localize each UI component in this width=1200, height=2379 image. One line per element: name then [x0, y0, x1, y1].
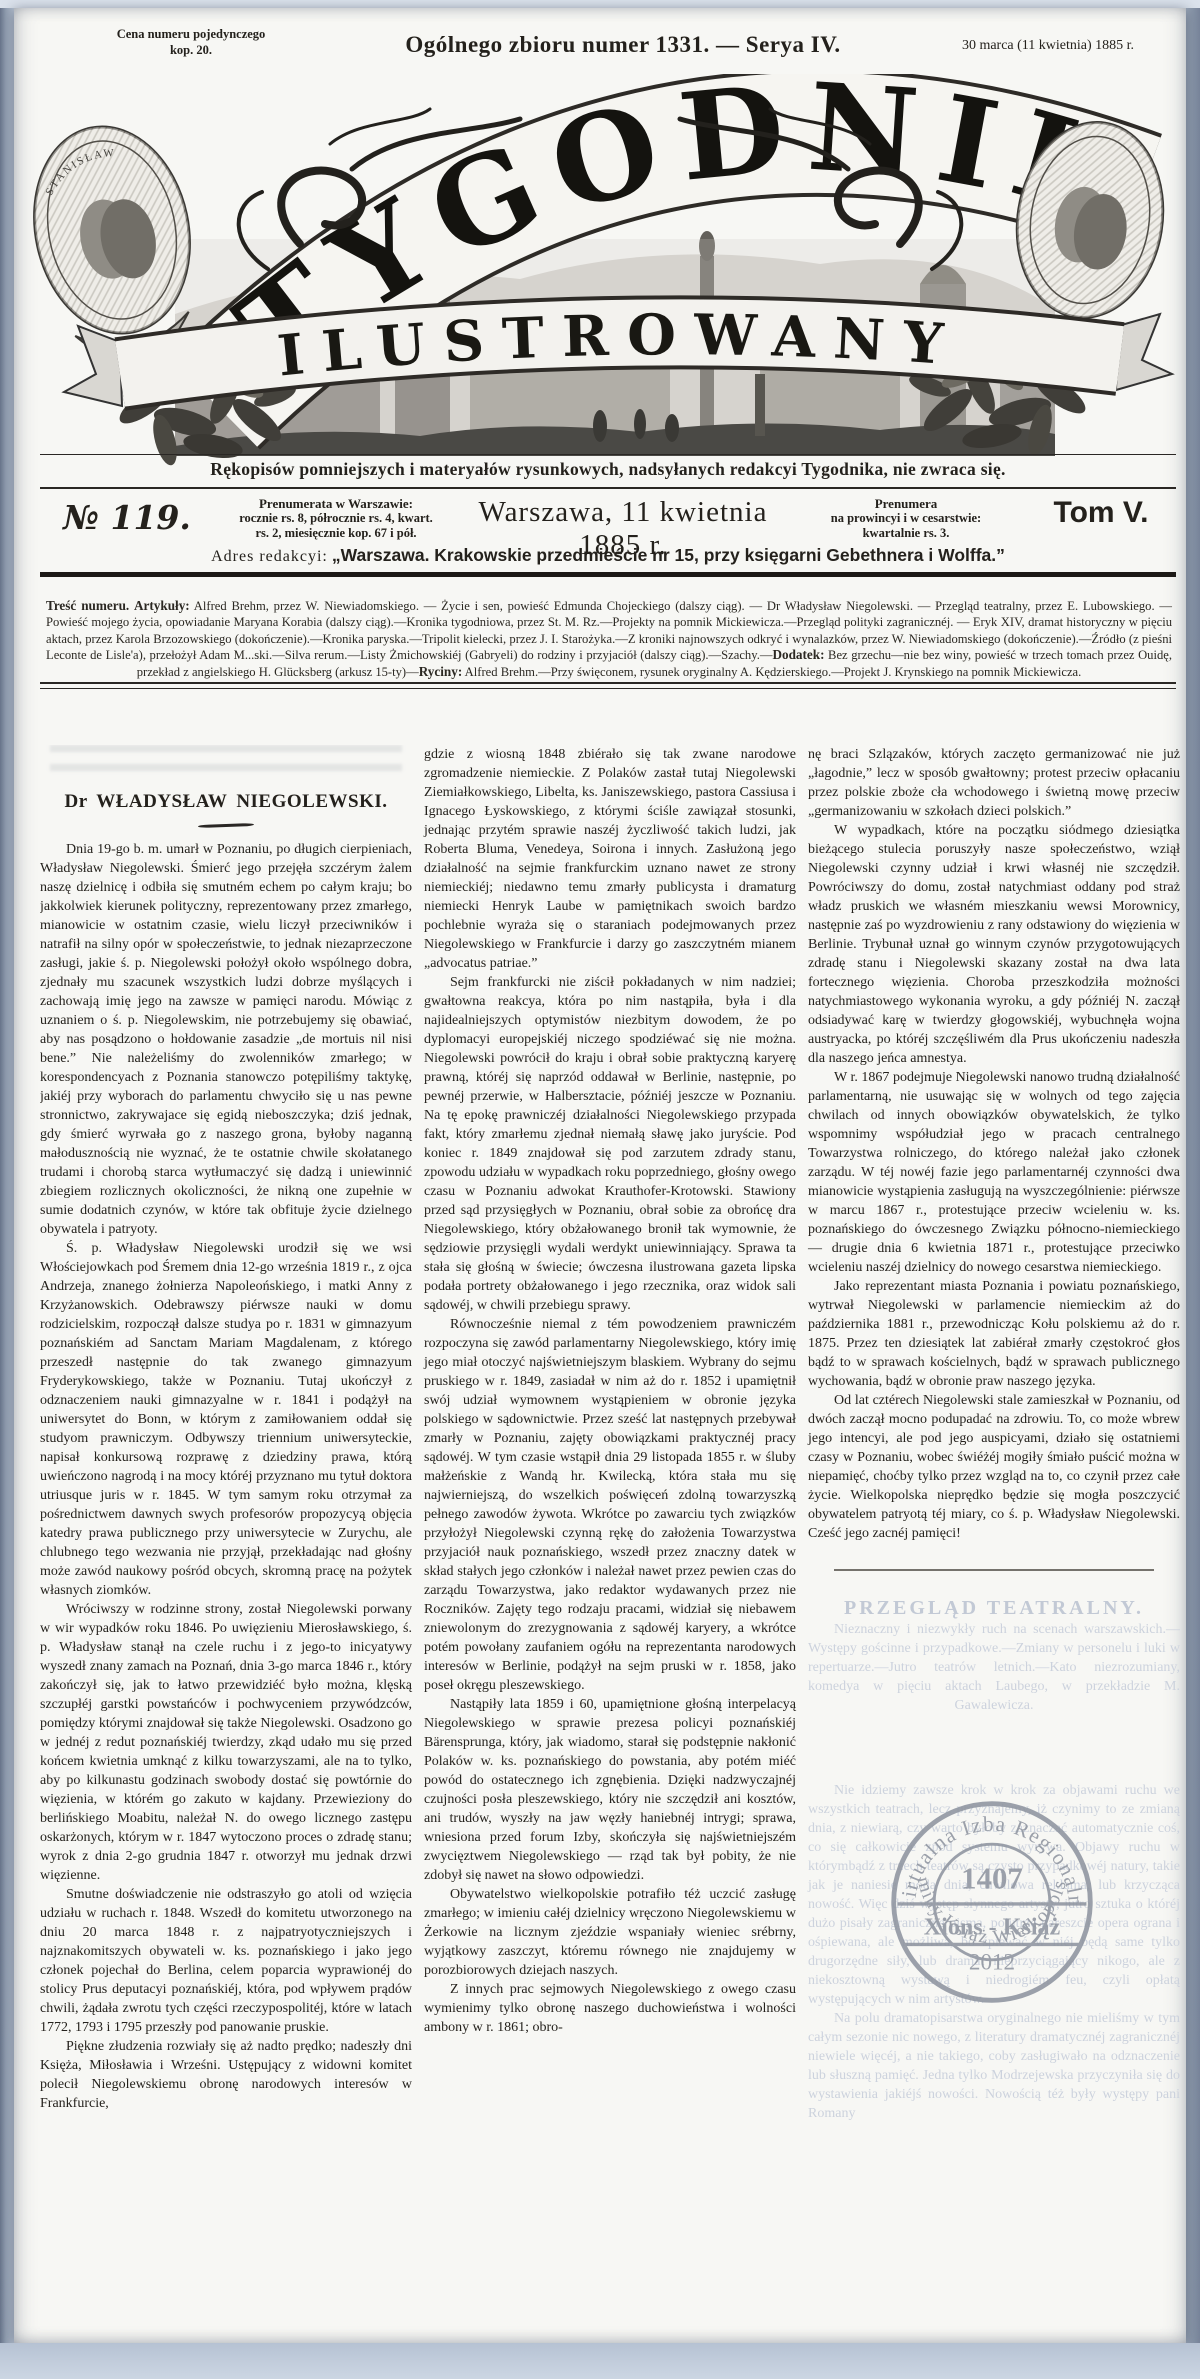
- paragraph: Z innych prac sejmowych Niegolewskiego z…: [424, 1980, 796, 2037]
- subscription-warsaw-line2: rs. 2, miesięcznie kop. 67 i pół.: [212, 526, 460, 541]
- library-stamp: Wirtualna Izba Regionalna Gminy Książ Wi…: [886, 1796, 1098, 2008]
- subscription-province-block: Prenumera na prowincyi i w cesarstwie: k…: [786, 492, 1026, 541]
- horizontal-rule: [40, 487, 1176, 489]
- issue-number-line: Ogólnego zbioru numer 1331. — Serya IV.: [324, 26, 922, 58]
- column-1: Dr WŁADYSŁAW NIEGOLEWSKI. Dnia 19-go b. …: [40, 745, 412, 2345]
- column-3: nę braci Szlązaków, których zaczęto germ…: [808, 745, 1180, 2345]
- masthead-engraving: TYGODNIK STANISŁAW: [0, 74, 1200, 466]
- manuscript-notice: Rękopisów pomniejszych i materyałów rysu…: [40, 459, 1176, 480]
- scanned-newspaper-page: Cena numeru pojedynczego kop. 20. Ogólne…: [0, 0, 1200, 2379]
- paragraph: Piękne złudzenia rozwiały się aż nadto p…: [40, 2037, 412, 2113]
- paragraph: W r. 1867 podejmuje Niegolewski nanowo t…: [808, 1068, 1180, 1277]
- paragraph: Nastąpiły lata 1859 i 60, upamiętnione g…: [424, 1695, 796, 1885]
- toc-engravings-label: Ryciny:: [419, 664, 463, 679]
- subscription-warsaw-line1: rocznie rs. 8, półrocznie rs. 4, kwart.: [212, 511, 460, 526]
- banner-tail-left: [64, 326, 122, 406]
- bleed-through-artifact: [50, 745, 402, 783]
- paragraph: nę braci Szlązaków, których zaczęto germ…: [808, 745, 1180, 821]
- article-title: Dr WŁADYSŁAW NIEGOLEWSKI.: [40, 791, 412, 813]
- paragraph: gdzie z wiosną 1848 zbiérało się tak zwa…: [424, 745, 796, 973]
- toc-engravings-text: Alfred Brehm.—Przy święconem, rysunek or…: [462, 665, 1081, 679]
- address-value: „Warszawa. Krakowskie przedmieście nr 15…: [332, 545, 1005, 565]
- paragraph: Dnia 19-go b. m. umarł w Poznaniu, po dł…: [40, 840, 412, 1239]
- price-block: Cena numeru pojedynczego kop. 20.: [58, 26, 324, 58]
- paragraph: Sejm frankfurcki nie ziścił pokładanych …: [424, 973, 796, 1315]
- theatre-section-title: PRZEGLĄD TEATRALNY.: [808, 1597, 1180, 1620]
- address-label: Adres redakcyi:: [211, 548, 328, 565]
- price-line-1: Cena numeru pojedynczego: [58, 26, 324, 42]
- paragraph: Równocześnie niemal z tém powodzeniem pr…: [424, 1315, 796, 1695]
- toc-lead: Treść numeru.: [46, 598, 129, 613]
- table-of-contents: Treść numeru. Artykuły: Alfred Brehm, pr…: [46, 598, 1172, 681]
- banner-tail-right: [1116, 314, 1172, 390]
- article-body: Dr WŁADYSŁAW NIEGOLEWSKI. Dnia 19-go b. …: [40, 745, 1180, 2345]
- paragraph: Ś. p. Władysław Niegolewski urodził się …: [40, 1239, 412, 1600]
- issue-number: № 119.: [42, 492, 212, 537]
- paragraph: Od lat cztérech Niegolewski stale zamies…: [808, 1391, 1180, 1543]
- top-meta-row: Cena numeru pojedynczego kop. 20. Ogólne…: [58, 26, 1174, 58]
- toc-articles-label: Artykuły:: [134, 598, 190, 613]
- stamp-number: 1407: [961, 1862, 1023, 1896]
- subscription-province-title: Prenumera: [786, 496, 1026, 511]
- horizontal-rule: [40, 682, 1176, 689]
- column-2-text: gdzie z wiosną 1848 zbiérało się tak zwa…: [424, 745, 796, 2037]
- theatre-summary: Nieznaczny i niezwykły ruch na scenach w…: [808, 1620, 1180, 1715]
- paragraph: Wróciwszy w rodzinne strony, został Nieg…: [40, 1600, 412, 1885]
- horizontal-rule: [40, 454, 1176, 455]
- subscription-warsaw-title: Prenumerata w Warszawie:: [212, 496, 460, 511]
- volume-label: Tom V.: [1026, 492, 1176, 530]
- toc-supplement-label: Dodatek:: [772, 647, 824, 662]
- issue-date-line: 30 marca (11 kwietnia) 1885 r.: [922, 26, 1174, 54]
- stamp-year: 2012: [969, 1949, 1015, 1975]
- paragraph: Na polu dramatopisarstwa oryginalnego ni…: [808, 2009, 1180, 2123]
- subscription-province-line2: kwartalnie rs. 3.: [786, 526, 1026, 541]
- stamp-place: Xions - Książ: [924, 1915, 1061, 1941]
- column-3-text: nę braci Szlązaków, których zaczęto germ…: [808, 745, 1180, 1543]
- section-rule: [834, 1569, 1154, 1571]
- paragraph: W wypadkach, które na początku siódmego …: [808, 821, 1180, 1068]
- paragraph: Smutne doświadczenie nie odstraszyło go …: [40, 1885, 412, 2037]
- subscription-warsaw-block: Prenumerata w Warszawie: rocznie rs. 8, …: [212, 492, 460, 541]
- subscription-province-line1: na prowincyi i w cesarstwie:: [786, 511, 1026, 526]
- column-1-text: Dnia 19-go b. m. umarł w Poznaniu, po dł…: [40, 840, 412, 2113]
- title-separator: [198, 823, 254, 828]
- column-2: gdzie z wiosną 1848 zbiérało się tak zwa…: [424, 745, 796, 2345]
- address-row: Adres redakcyi: „Warszawa. Krakowskie pr…: [40, 545, 1176, 566]
- paragraph: Jako reprezentant miasta Poznania i powi…: [808, 1277, 1180, 1391]
- horizontal-rule: [40, 572, 1176, 577]
- paragraph: Obywatelstwo wielkopolskie potrafiło téż…: [424, 1885, 796, 1980]
- price-line-2: kop. 20.: [58, 42, 324, 58]
